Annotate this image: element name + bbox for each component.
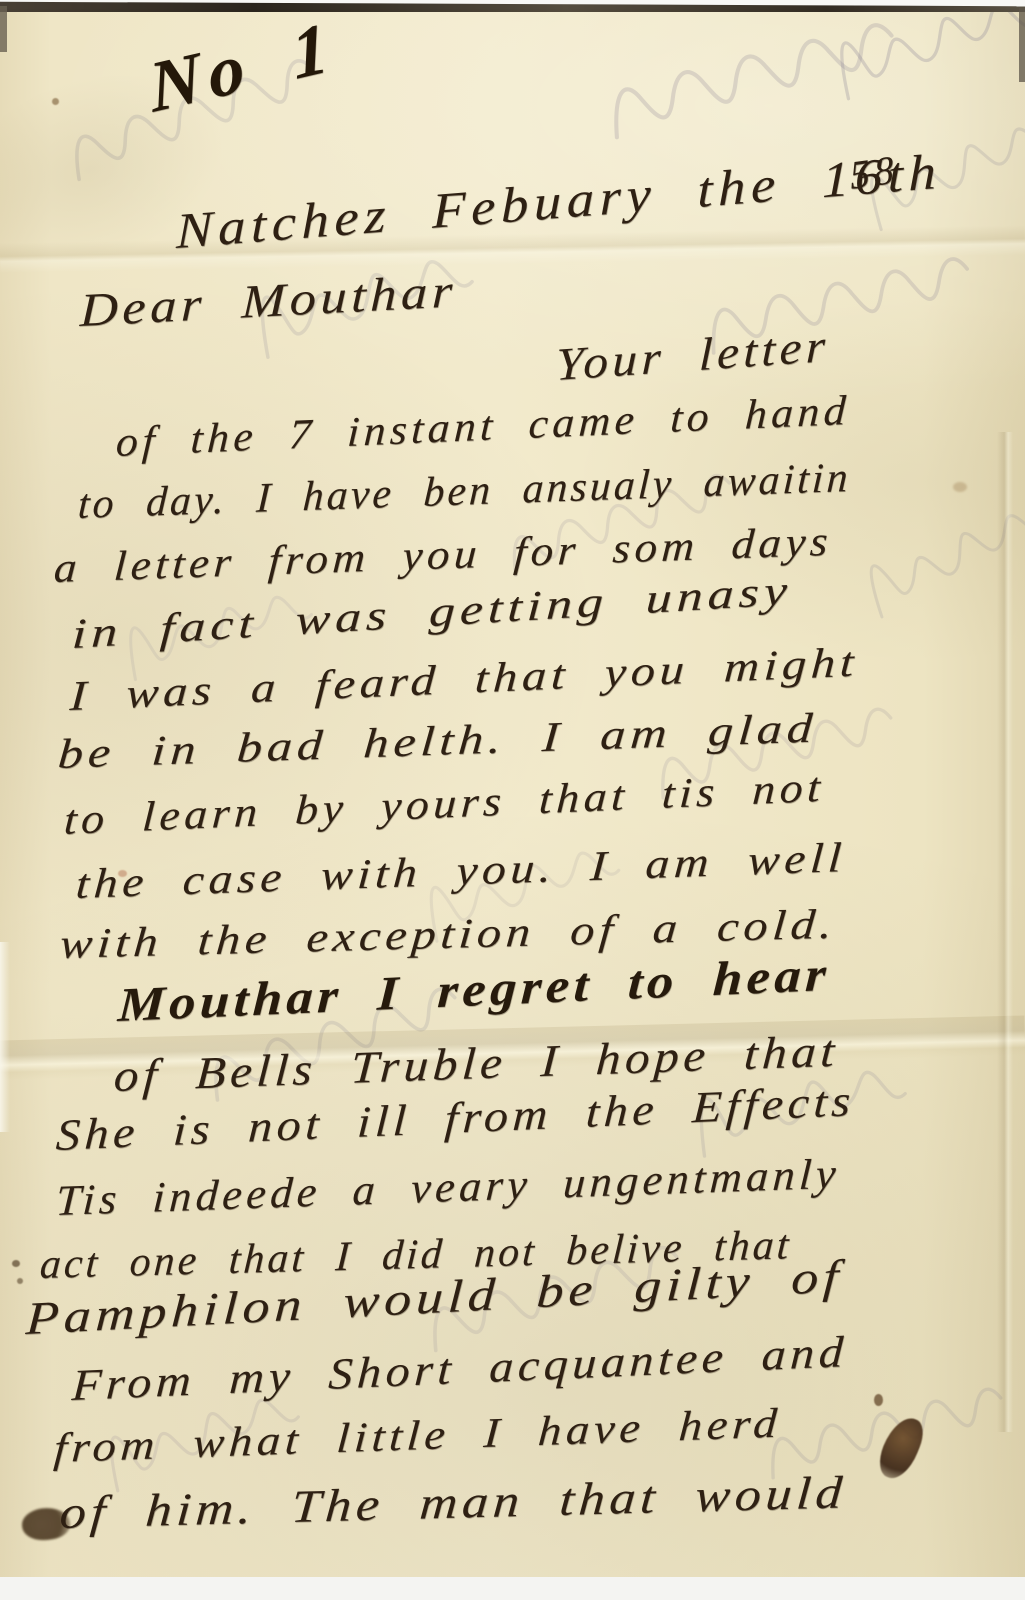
scanned-letter-page: { "letter": { "page_number": "No 1", "ye… [0, 0, 1025, 1600]
ink-speck [17, 1278, 23, 1284]
left-edge-highlight [0, 942, 10, 1132]
ghost-stroke [830, 12, 1025, 99]
ink-speck [12, 1260, 20, 1267]
letter-paper: No 1 58 Natchez Febuary the 16th Dear Mo… [0, 12, 1025, 1577]
fold-crease-right [997, 432, 1013, 1432]
scan-background-bottom [0, 1577, 1025, 1600]
fox-spot [52, 98, 59, 105]
ink-speck [874, 1394, 883, 1406]
fox-spot [953, 482, 967, 492]
paper-edge-shadow-left [0, 6, 7, 52]
ghost-stroke [604, 12, 898, 142]
paper-edge-shadow-right [1019, 8, 1025, 82]
